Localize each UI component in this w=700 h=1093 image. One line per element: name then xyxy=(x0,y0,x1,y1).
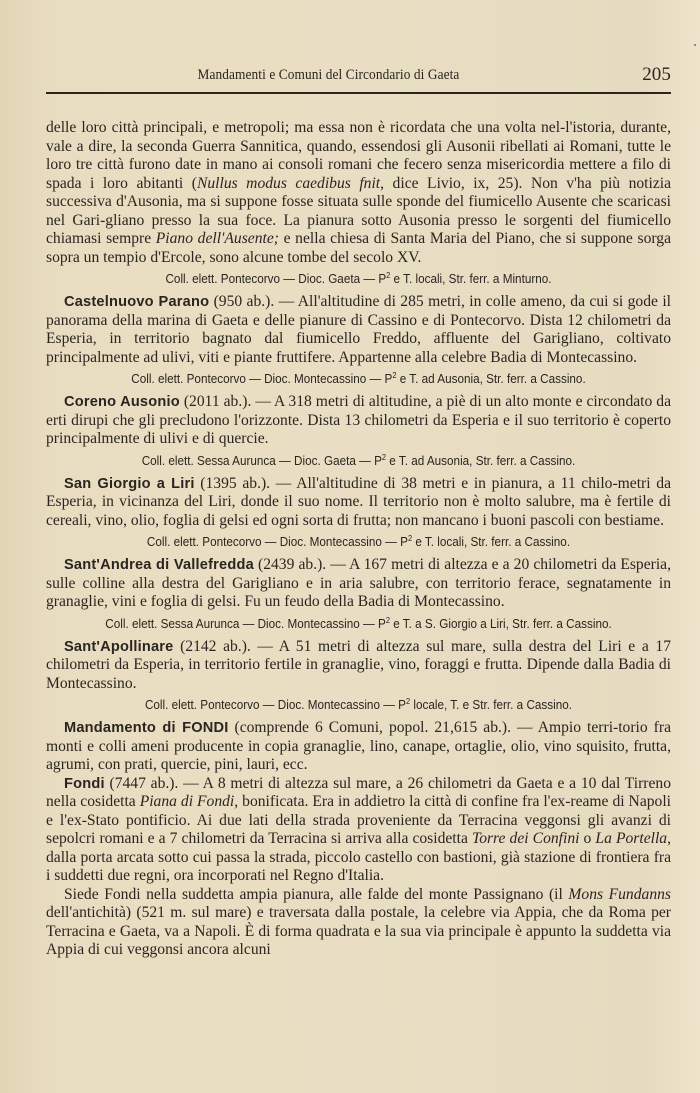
note-text: Coll. elett. Sessa Aurunca — Dioc. Gaeta… xyxy=(142,454,382,468)
collegio-note-sant-andrea: Coll. elett. Sessa Aurunca — Dioc. Monte… xyxy=(68,616,649,632)
place-name-italic: Piana di Fondi xyxy=(140,793,235,810)
entry-heading: Sant'Apollinare xyxy=(64,639,173,655)
entry-sant-andrea-di-vallefredda: Sant'Andrea di Vallefredda (2439 ab.). —… xyxy=(46,556,671,612)
paragraph-siede-fondi: Siede Fondi nella suddetta ampia pianura… xyxy=(46,886,671,960)
note-text: Coll. elett. Sessa Aurunca — Dioc. Monte… xyxy=(105,617,386,631)
entry-sant-apollinare: Sant'Apollinare (2142 ab.). — A 51 metri… xyxy=(46,638,671,694)
collegio-note-coreno: Coll. elett. Sessa Aurunca — Dioc. Gaeta… xyxy=(68,453,649,469)
note-text: Coll. elett. Pontecorvo — Dioc. Gaeta — … xyxy=(165,272,386,286)
entry-coreno-ausonio: Coreno Ausonio (2011 ab.). — A 318 metri… xyxy=(46,393,671,449)
entry-fondi: Fondi (7447 ab.). — A 8 metri di altezza… xyxy=(46,775,671,886)
page-number: 205 xyxy=(642,64,671,86)
place-name-italic: La Portella xyxy=(595,830,667,847)
header-rule xyxy=(46,92,671,94)
note-text: e T. ad Ausonia, Str. ferr. a Cassino. xyxy=(396,372,585,386)
entry-castelnuovo-parano: Castelnuovo Parano (950 ab.). — All'alti… xyxy=(46,293,671,367)
note-text: e T. a S. Giorgio a Liri, Str. ferr. a C… xyxy=(390,617,612,631)
entry-heading: Coreno Ausonio xyxy=(64,394,180,410)
latin-quote: Nullus modus caedibus fnit xyxy=(197,175,380,192)
entry-heading: Castelnuovo Parano xyxy=(64,294,209,310)
text-run: Siede Fondi nella suddetta ampia pianura… xyxy=(64,886,568,903)
running-head: Mandamenti e Comuni del Circondario di G… xyxy=(46,62,671,92)
scan-speck xyxy=(694,44,696,46)
entry-mandamento-di-fondi: Mandamento di FONDI (comprende 6 Comuni,… xyxy=(46,719,671,775)
entry-heading: San Giorgio a Liri xyxy=(64,476,195,492)
body-text: delle loro città principali, e metropoli… xyxy=(46,119,671,960)
entry-san-giorgio-a-liri: San Giorgio a Liri (1395 ab.). — All'alt… xyxy=(46,475,671,531)
note-text: Coll. elett. Pontecorvo — Dioc. Montecas… xyxy=(145,698,406,712)
text-run: o xyxy=(579,830,595,847)
note-text: Coll. elett. Pontecorvo — Dioc. Montecas… xyxy=(131,372,392,386)
collegio-note-san-giorgio: Coll. elett. Pontecorvo — Dioc. Montecas… xyxy=(68,534,649,550)
collegio-note-sant-apollinare: Coll. elett. Pontecorvo — Dioc. Montecas… xyxy=(68,697,649,713)
entry-heading: Sant'Andrea di Vallefredda xyxy=(64,557,254,573)
running-title: Mandamenti e Comuni del Circondario di G… xyxy=(69,67,589,84)
collegio-note-castelnuovo: Coll. elett. Pontecorvo — Dioc. Montecas… xyxy=(68,371,649,387)
book-page: Mandamenti e Comuni del Circondario di G… xyxy=(46,62,671,92)
note-text: e T. locali, Str. ferr. a Minturno. xyxy=(390,272,551,286)
paragraph-ausonia-continued: delle loro città principali, e metropoli… xyxy=(46,119,671,267)
place-name-italic: Torre dei Confini xyxy=(472,830,580,847)
collegio-note-ausonia: Coll. elett. Pontecorvo — Dioc. Gaeta — … xyxy=(68,271,649,287)
note-text: Coll. elett. Pontecorvo — Dioc. Montecas… xyxy=(147,535,408,549)
note-text: e T. ad Ausonia, Str. ferr. a Cassino. xyxy=(386,454,575,468)
text-run: dell'antichità) (521 m. sul mare) e trav… xyxy=(46,904,671,958)
note-text: locale, T. e Str. ferr. a Cassino. xyxy=(410,698,572,712)
entry-heading: Fondi xyxy=(64,776,105,792)
entry-heading: Mandamento di FONDI xyxy=(64,720,229,736)
note-text: e T. locali, Str. ferr. a Cassino. xyxy=(412,535,570,549)
latin-name-italic: Mons Fundanns xyxy=(568,886,671,903)
place-name-italic: Piano dell'Ausente; xyxy=(156,230,279,247)
